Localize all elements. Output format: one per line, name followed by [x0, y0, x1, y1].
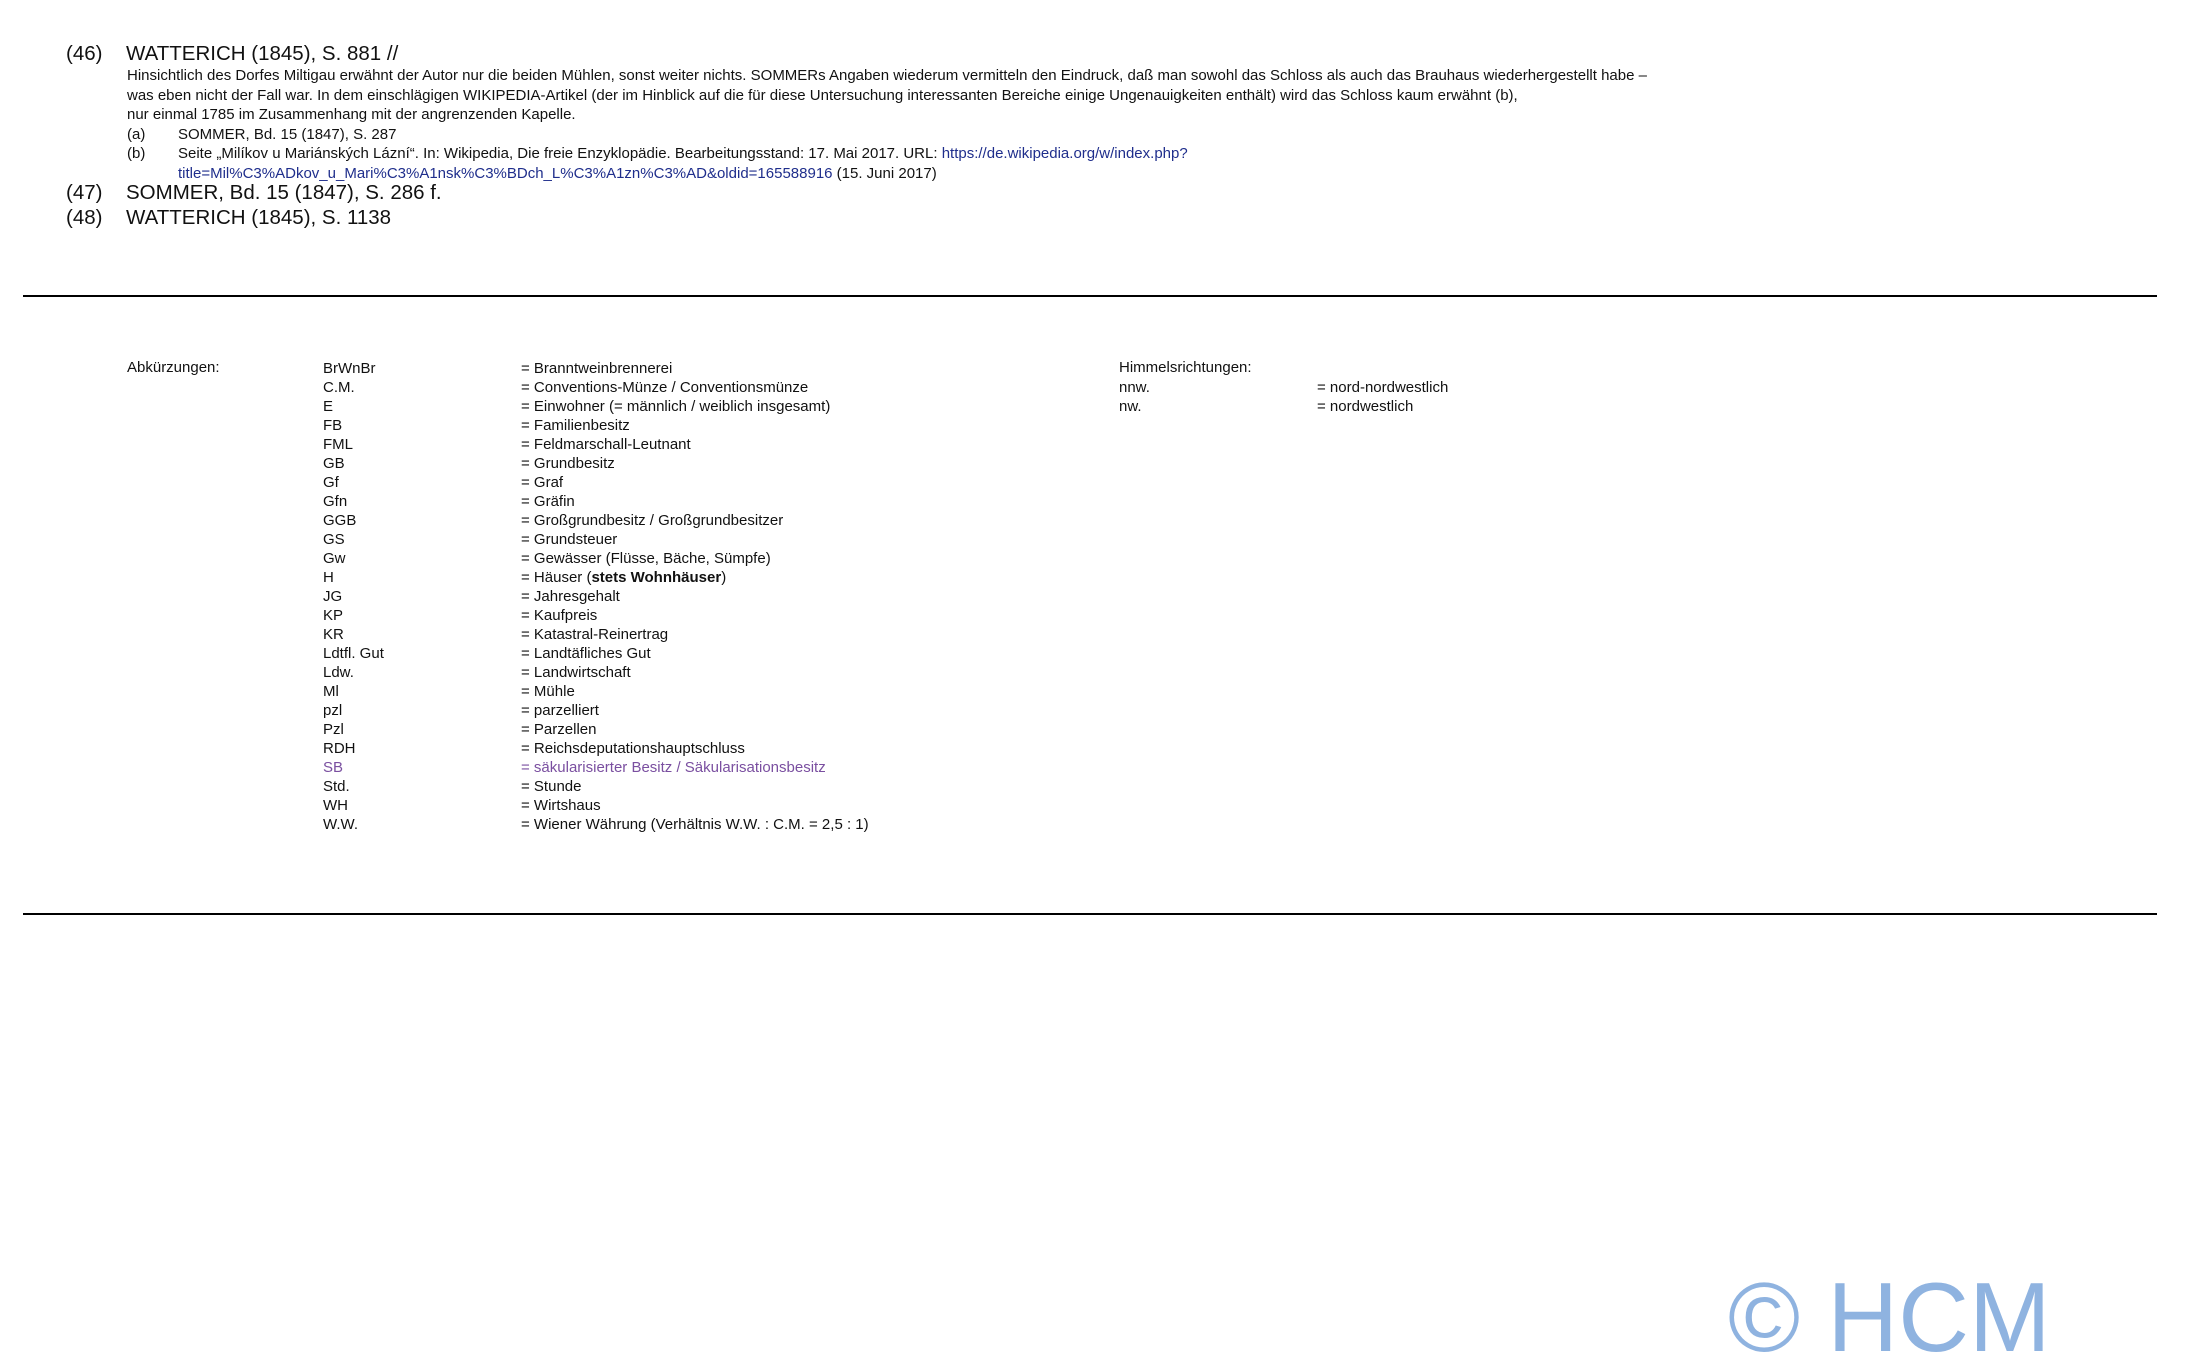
abbreviation-value: = Landwirtschaft — [521, 663, 631, 682]
abbreviation-value: = Conventions-Münze / Conventionsmünze — [521, 378, 808, 397]
abbreviation-value: = Katastral-Reinertrag — [521, 625, 668, 644]
footnote-reference: WATTERICH (1845), S. 1138 — [126, 205, 391, 230]
abbreviation-key: KR — [323, 625, 344, 644]
abbreviation-key: JG — [323, 587, 342, 606]
abbreviation-key: Gfn — [323, 492, 347, 511]
abbreviation-value: = Einwohner (= männlich / weiblich insge… — [521, 397, 830, 416]
abbreviation-key: Std. — [323, 777, 350, 796]
footnote-body-line: Hinsichtlich des Dorfes Miltigau erwähnt… — [127, 66, 1647, 86]
abbreviation-key: Ml — [323, 682, 339, 701]
footnote-number: (48) — [66, 205, 102, 230]
abbreviation-key: BrWnBr — [323, 359, 376, 378]
abbreviation-value: = Familienbesitz — [521, 416, 630, 435]
abbreviation-key: GS — [323, 530, 345, 549]
abbreviation-key: WH — [323, 796, 348, 815]
abbreviation-key: FB — [323, 416, 342, 435]
abbreviation-key: Pzl — [323, 720, 344, 739]
footnote-number: (46) — [66, 41, 102, 66]
sub-note-label: (b) — [127, 144, 145, 164]
direction-value: = nordwestlich — [1317, 397, 1413, 416]
abbreviation-key: Gf — [323, 473, 339, 492]
abbreviation-value: = Feldmarschall-Leutnant — [521, 435, 691, 454]
abbreviation-key: Ldw. — [323, 663, 354, 682]
abbreviation-key: W.W. — [323, 815, 358, 834]
abbreviation-value: = Häuser (stets Wohnhäuser) — [521, 568, 726, 587]
abbreviation-value: = Grundbesitz — [521, 454, 615, 473]
footnote-46-body: Hinsichtlich des Dorfes Miltigau erwähnt… — [127, 66, 1647, 164]
footnote-number: (47) — [66, 180, 102, 205]
citation-date: (15. Juni 2017) — [833, 165, 937, 182]
abbreviation-value-part: = Häuser ( — [521, 569, 591, 586]
directions-title: Himmelsrichtungen: — [1119, 359, 1252, 376]
citation-text: Seite „Milíkov u Mariánských Lázní“. In:… — [178, 145, 942, 162]
abbreviation-value: = säkularisierter Besitz / Säkularisatio… — [521, 758, 826, 777]
abbreviation-value: = Grundsteuer — [521, 530, 617, 549]
abbreviation-value: = Jahresgehalt — [521, 587, 620, 606]
abbreviation-value: = Wiener Währung (Verhältnis W.W. : C.M.… — [521, 815, 869, 834]
abbreviation-key: Gw — [323, 549, 346, 568]
separator-rule-bottom — [23, 913, 2157, 915]
abbreviation-value: = Mühle — [521, 682, 575, 701]
abbreviation-key: KP — [323, 606, 343, 625]
abbreviation-key: RDH — [323, 739, 356, 758]
abbreviation-key: H — [323, 568, 334, 587]
abbreviation-value-emphasis: stets Wohnhäuser — [591, 569, 721, 586]
abbreviation-value: = Gewässer (Flüsse, Bäche, Sümpfe) — [521, 549, 771, 568]
abbreviation-value: = Reichsdeputationshauptschluss — [521, 739, 745, 758]
abbreviation-key: C.M. — [323, 378, 355, 397]
sub-note-b: (b) Seite „Milíkov u Mariánských Lázní“.… — [127, 144, 1647, 164]
abbreviation-value: = Kaufpreis — [521, 606, 597, 625]
abbreviation-key: FML — [323, 435, 353, 454]
abbreviation-value: = Wirtshaus — [521, 796, 601, 815]
abbreviations-title: Abkürzungen: — [127, 359, 220, 376]
sub-note-text: Seite „Milíkov u Mariánských Lázní“. In:… — [178, 144, 1647, 183]
abbreviation-key: GB — [323, 454, 345, 473]
abbreviation-key: SB — [323, 758, 343, 777]
direction-value: = nord-nordwestlich — [1317, 378, 1448, 397]
sub-note-a: (a) SOMMER, Bd. 15 (1847), S. 287 — [127, 125, 1647, 145]
direction-key: nnw. — [1119, 378, 1150, 397]
separator-rule-top — [23, 295, 2157, 297]
abbreviation-value: = Branntweinbrennerei — [521, 359, 672, 378]
abbreviation-value: = Landtäfliches Gut — [521, 644, 651, 663]
footnote-reference: WATTERICH (1845), S. 881 // — [126, 41, 398, 66]
direction-key: nw. — [1119, 397, 1142, 416]
abbreviation-value: = Parzellen — [521, 720, 596, 739]
copyright-watermark: © HCM — [1728, 1268, 2051, 1359]
abbreviation-value: = parzelliert — [521, 701, 599, 720]
abbreviation-value-part: ) — [721, 569, 726, 586]
abbreviation-value: = Großgrundbesitz / Großgrundbesitzer — [521, 511, 783, 530]
footnote-body-line: nur einmal 1785 im Zusammenhang mit der … — [127, 105, 1647, 125]
abbreviation-value: = Stunde — [521, 777, 581, 796]
abbreviation-key: pzl — [323, 701, 342, 720]
sub-note-text: SOMMER, Bd. 15 (1847), S. 287 — [178, 125, 396, 145]
footnote-reference: SOMMER, Bd. 15 (1847), S. 286 f. — [126, 180, 442, 205]
abbreviation-value: = Gräfin — [521, 492, 575, 511]
abbreviation-key: GGB — [323, 511, 356, 530]
abbreviation-key: E — [323, 397, 333, 416]
footnote-body-line: was eben nicht der Fall war. In dem eins… — [127, 86, 1647, 106]
abbreviation-key: Ldtfl. Gut — [323, 644, 384, 663]
sub-note-label: (a) — [127, 125, 145, 145]
abbreviation-value: = Graf — [521, 473, 563, 492]
